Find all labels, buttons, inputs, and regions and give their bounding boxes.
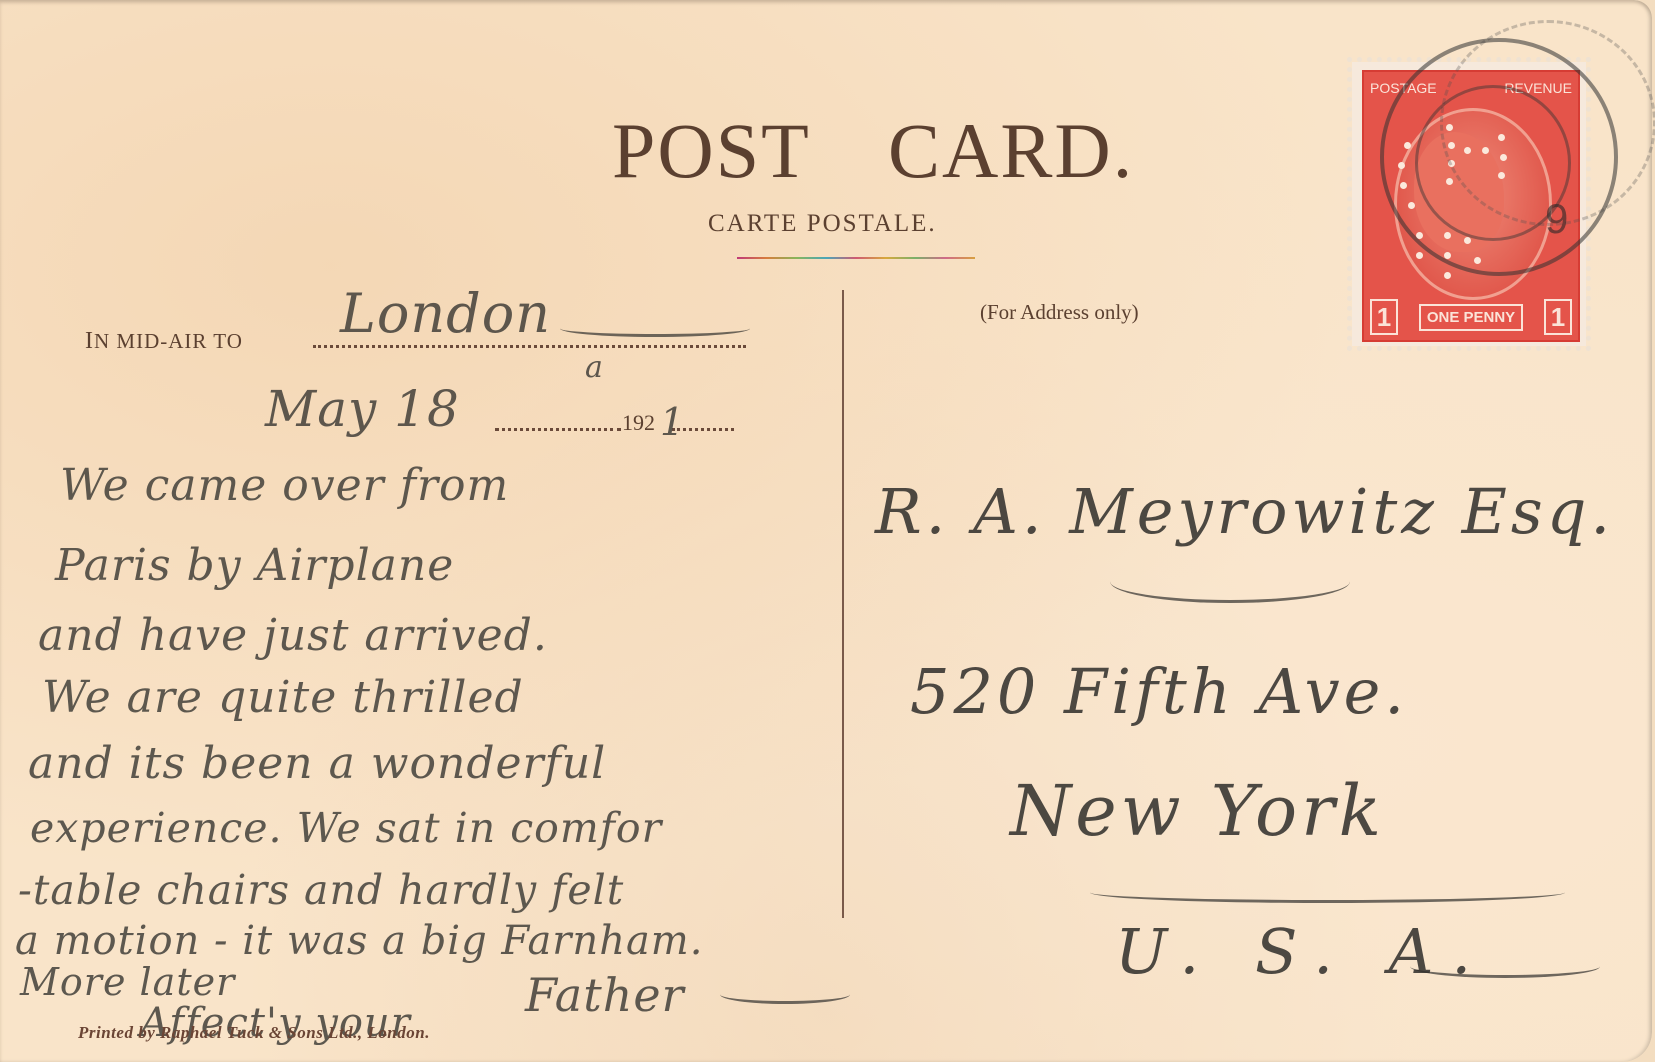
handwritten-date: May 18 (265, 380, 460, 438)
address-city: New York (1010, 770, 1385, 852)
message-line-9: More later (20, 960, 235, 1004)
center-divider (842, 290, 844, 918)
mid-air-label: IN MID-AIR TO (85, 328, 243, 355)
country-flourish (1410, 955, 1600, 978)
mid-air-initial: I (85, 328, 94, 354)
printer-credit: Printed by Raphael Tuck & Sons Ltd., Lon… (78, 1023, 430, 1043)
year-prefix: 192 (622, 410, 655, 436)
message-line-5: and its been a wonderful (28, 738, 606, 789)
postmark-number: 9 (1545, 195, 1568, 243)
message-signature: Father (525, 968, 685, 1022)
address-street: 520 Fifth Ave. (910, 655, 1408, 728)
destination-swash (560, 320, 750, 337)
mid-air-rest: N MID-AIR TO (94, 329, 243, 353)
address-name: R. A. Meyrowitz Esq. (875, 475, 1614, 548)
rainbow-rule (737, 257, 975, 259)
signature-swash (720, 985, 850, 1004)
destination-dotted-line (313, 345, 746, 348)
address-only-note: (For Address only) (980, 300, 1139, 325)
date-dotted-line (495, 428, 621, 431)
handwritten-year-digit: 1 (660, 400, 685, 444)
message-line-8: a motion - it was a big Farnham. (15, 918, 703, 964)
message-line-7: -table chairs and hardly felt (18, 866, 624, 914)
handwritten-date-suffix: a (585, 350, 604, 385)
handwritten-destination: London (340, 282, 551, 345)
postcard-back: POST CARD. CARTE POSTALE. (For Address o… (0, 0, 1652, 1062)
perfin-dot (1416, 252, 1423, 259)
message-line-6: experience. We sat in comfor (30, 804, 662, 852)
stamp-value-text: ONE PENNY (1419, 304, 1523, 331)
perfin-dot (1444, 272, 1451, 279)
message-line-2: Paris by Airplane (55, 540, 454, 591)
message-line-3: and have just arrived. (38, 610, 548, 661)
stamp-value-left: 1 (1370, 299, 1398, 335)
carte-postale-subtitle: CARTE POSTALE. (708, 210, 937, 238)
stamp-footer: 1 ONE PENNY 1 (1364, 298, 1578, 336)
name-flourish (1110, 560, 1350, 603)
message-line-4: We are quite thrilled (42, 672, 524, 723)
city-underline (1090, 882, 1565, 903)
post-card-title-post: POST (612, 106, 811, 196)
message-line-1: We came over from (60, 460, 509, 511)
post-card-title-card: CARD. (888, 106, 1134, 196)
address-country: U. S. A. (1115, 915, 1489, 988)
stamp-value-right: 1 (1544, 299, 1572, 335)
